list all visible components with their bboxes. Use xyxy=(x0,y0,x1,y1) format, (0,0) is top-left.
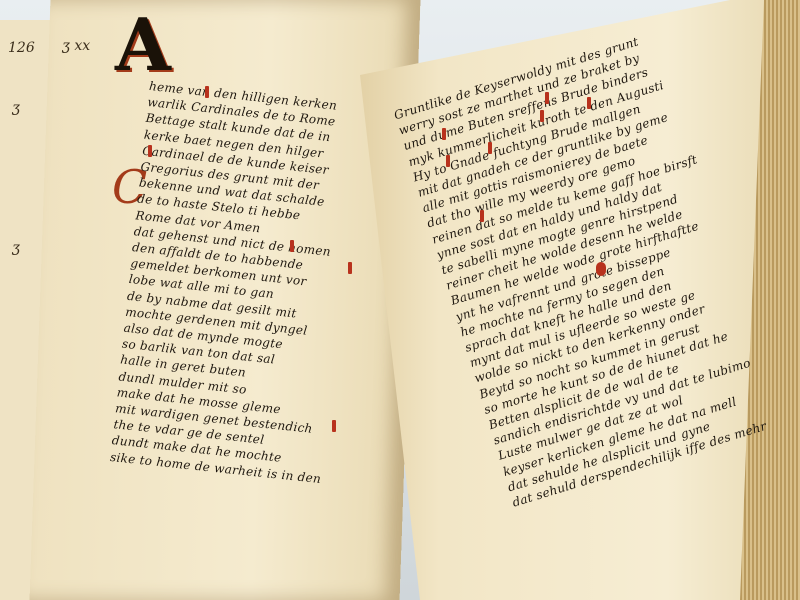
rubric-mark xyxy=(545,92,549,104)
rubric-mark xyxy=(348,262,352,274)
rubric-mark xyxy=(290,240,294,252)
rubric-mark xyxy=(148,145,152,157)
rubric-mark xyxy=(480,210,484,222)
rubric-mark xyxy=(488,142,492,154)
rubric-mark xyxy=(540,110,544,122)
rubric-blot xyxy=(596,262,606,276)
rubric-mark xyxy=(442,128,446,140)
folio-number: 126 xyxy=(8,40,35,56)
marginal-note: ʒ xx xyxy=(62,38,90,54)
left-page-text: heme van den hilligen kerken warlik Card… xyxy=(109,78,388,490)
marginal-mark: ʒ xyxy=(12,240,20,256)
rubric-mark xyxy=(446,155,450,167)
decorated-initial: A xyxy=(115,2,171,87)
marginal-mark: ʒ xyxy=(12,100,20,116)
rubric-mark xyxy=(587,97,591,109)
rubric-mark xyxy=(205,86,209,98)
rubric-mark xyxy=(332,420,336,432)
